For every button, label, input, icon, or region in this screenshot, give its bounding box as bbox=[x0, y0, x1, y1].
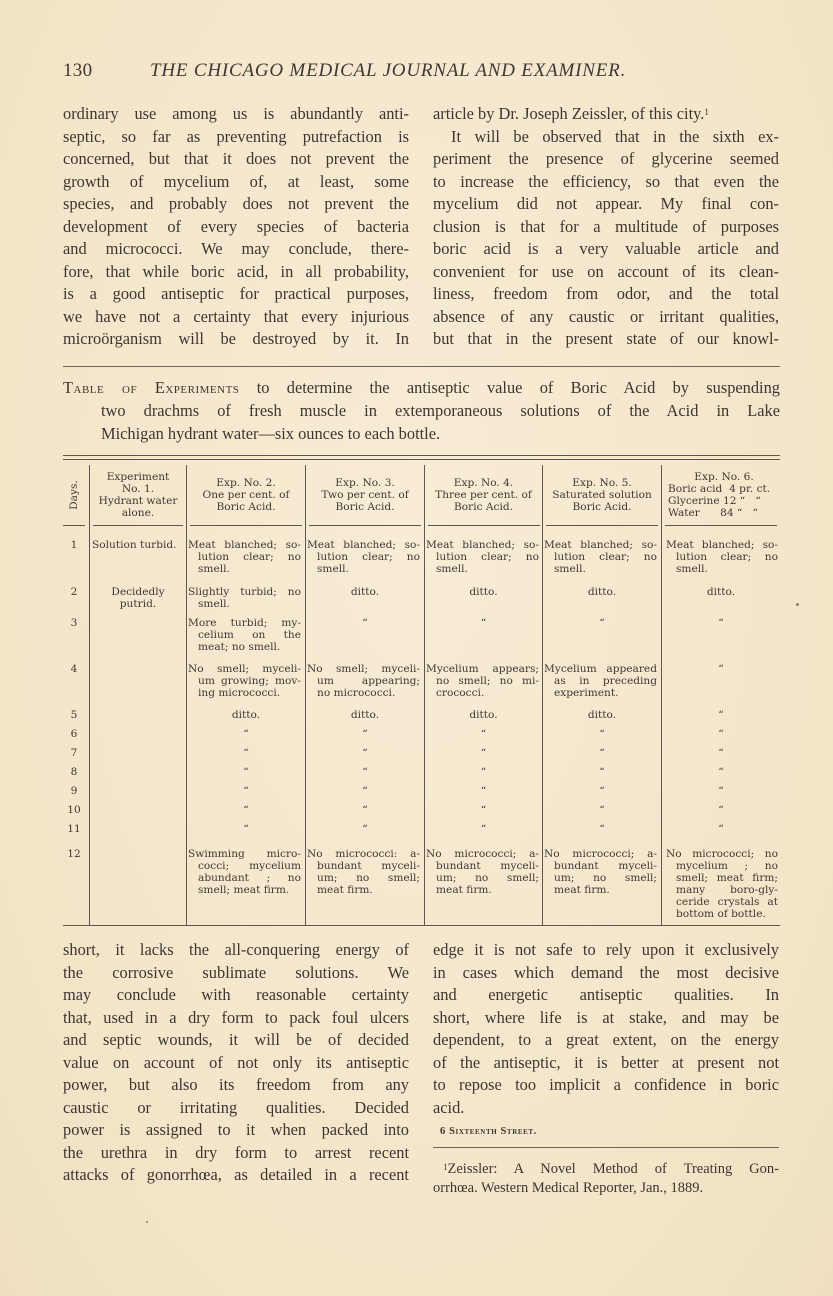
column-header-exp6: Exp. No. 6. Boric acid 4 pr. ct. Glyceri… bbox=[668, 471, 780, 519]
table-cell: Swimming micro- cocci; mycelium abundant… bbox=[188, 848, 301, 896]
table-cell: Solution turbid. bbox=[92, 539, 186, 551]
text-line: of the antiseptic, it is better at prese… bbox=[433, 1052, 779, 1075]
caption-lead: Table of Experiments bbox=[63, 378, 239, 397]
footnote-text: Zeissler: A Novel Method of Treating Gon… bbox=[448, 1161, 780, 1177]
header-line: Boric Acid. bbox=[306, 501, 424, 513]
cell-text: Mycelium appeared bbox=[544, 663, 657, 675]
table-cell: “ bbox=[662, 663, 780, 675]
cell-text: smell; meat firm; bbox=[666, 872, 778, 884]
ditto-mark: “ bbox=[425, 804, 542, 816]
header-line: Exp. No. 3. bbox=[306, 477, 424, 489]
table-cell: Decidedly putrid. bbox=[90, 586, 186, 610]
cell-text: No micrococci; a- bbox=[544, 848, 657, 860]
ditto-mark: “ bbox=[543, 747, 661, 759]
cell-text: um; no smell; bbox=[307, 872, 420, 884]
cell-text: Mycelium appears; bbox=[426, 663, 539, 675]
table-cell: “ bbox=[543, 617, 661, 629]
column-header-days: Days. bbox=[63, 477, 83, 511]
table-cell: More turbid; my- celium on the meat; no … bbox=[188, 617, 301, 653]
table-cell: Meat blanched; so- lution clear; no smel… bbox=[188, 539, 301, 575]
caption-line: two drachms of fresh muscle in extempora… bbox=[63, 399, 780, 422]
text-line: dependent, to a great extent, on the ene… bbox=[433, 1029, 779, 1052]
table-cell: Meat blanched; so- lution clear; no smel… bbox=[544, 539, 657, 575]
cell-text: meat firm. bbox=[307, 884, 420, 896]
experiments-table: Days. Experiment No. 1. Hydrant water al… bbox=[63, 455, 780, 925]
day-number: 5 bbox=[63, 709, 85, 721]
column-divider bbox=[424, 465, 425, 925]
cell-text: lution clear; no bbox=[544, 551, 657, 563]
ditto-mark: “ bbox=[662, 804, 780, 816]
text-line: development of every species of bacteria bbox=[63, 216, 409, 239]
cell-text: bundant myceli- bbox=[544, 860, 657, 872]
text-line-content: article by Dr. Joseph Zeissler, of this … bbox=[433, 104, 704, 123]
ditto-mark: “ bbox=[543, 804, 661, 816]
text-line: power is assigned to it when packed into bbox=[63, 1119, 409, 1142]
cell-text: smell. bbox=[426, 563, 539, 575]
cell-text: bundant myceli- bbox=[426, 860, 539, 872]
cell-text: No micrococci: a- bbox=[307, 848, 420, 860]
column-divider bbox=[186, 465, 187, 925]
ditto-mark: “ bbox=[425, 747, 542, 759]
cell-text: meat firm. bbox=[544, 884, 657, 896]
column-divider bbox=[542, 465, 543, 925]
header-rule bbox=[309, 525, 421, 526]
cell-text: Decidedly bbox=[90, 586, 186, 598]
cell-text: cocci; mycelium bbox=[188, 860, 301, 872]
cell-text: smell. bbox=[666, 563, 778, 575]
ditto-mark: “ bbox=[187, 747, 305, 759]
text-line: caustic or irritating qualities. Decided bbox=[63, 1097, 409, 1120]
text-line: but that in the present state of our kno… bbox=[433, 328, 779, 351]
text-line: and energetic antiseptic qualities. In bbox=[433, 984, 779, 1007]
cell-text: Meat blanched; so- bbox=[426, 539, 539, 551]
header-line: Water 84 “ “ bbox=[668, 507, 780, 519]
table-cell: No smell; myceli- um appearing; no micro… bbox=[307, 663, 420, 699]
footnote: 1Zeissler: A Novel Method of Treating Go… bbox=[433, 1160, 779, 1198]
text-line: edge it is not safe to rely upon it excl… bbox=[433, 939, 779, 962]
header-line: Boric Acid. bbox=[425, 501, 542, 513]
table-cell: Meat blanched; so- lution clear; no smel… bbox=[426, 539, 539, 575]
cell-text: no smell; no mi- bbox=[426, 675, 539, 687]
ditto-mark: “ bbox=[187, 728, 305, 740]
footnote-line: 1Zeissler: A Novel Method of Treating Go… bbox=[433, 1160, 779, 1179]
text-line: ordinary use among us is abundantly anti… bbox=[63, 103, 409, 126]
text-line: the urethra in dry form to arrest recent bbox=[63, 1142, 409, 1165]
column-divider bbox=[305, 465, 306, 925]
ditto-mark: “ bbox=[543, 728, 661, 740]
ditto-mark: “ bbox=[662, 747, 780, 759]
column-header-exp3: Exp. No. 3. Two per cent. of Boric Acid. bbox=[306, 477, 424, 513]
text-line: power, but also its freedom from any bbox=[63, 1074, 409, 1097]
cell-text: meat firm. bbox=[426, 884, 539, 896]
text-line: short, it lacks the all-conquering energ… bbox=[63, 939, 409, 962]
ditto-mark: “ bbox=[187, 785, 305, 797]
text-line: is a good antiseptic for practical purpo… bbox=[63, 283, 409, 306]
text-column-top-right: article by Dr. Joseph Zeissler, of this … bbox=[433, 103, 779, 351]
days-label: Days. bbox=[68, 478, 80, 512]
table-bottom-rule bbox=[63, 925, 780, 926]
cell-text: smell. bbox=[307, 563, 420, 575]
text-line: acid. bbox=[433, 1097, 779, 1120]
footnote-number: 1 bbox=[443, 1162, 448, 1172]
text-line: absence of any caustic or irritant quali… bbox=[433, 306, 779, 329]
cell-text: mycelium ; no bbox=[666, 860, 778, 872]
cell-text: Meat blanched; so- bbox=[666, 539, 778, 551]
table-cell: Meat blanched; so- lution clear; no smel… bbox=[307, 539, 420, 575]
cell-text: smell. bbox=[188, 598, 301, 610]
ditto-mark: “ bbox=[662, 766, 780, 778]
text-line: microörganism will be destroyed by it. I… bbox=[63, 328, 409, 351]
text-line: species, and probably does not prevent t… bbox=[63, 193, 409, 216]
day-number: 9 bbox=[63, 785, 85, 797]
cell-text: No micrococci; a- bbox=[426, 848, 539, 860]
day-number: 1 bbox=[63, 539, 85, 551]
caption-line: Table of Experiments to determine the an… bbox=[63, 376, 780, 399]
text-line: short, where life is at stake, and may b… bbox=[433, 1007, 779, 1030]
day-number: 12 bbox=[63, 848, 85, 860]
ditto-mark: “ bbox=[187, 804, 305, 816]
ditto-mark: “ bbox=[425, 766, 542, 778]
ditto-mark: “ bbox=[306, 766, 424, 778]
table-cell: “ bbox=[306, 617, 424, 629]
cell-text: smell. bbox=[544, 563, 657, 575]
cell-text: experiment. bbox=[544, 687, 657, 699]
cell-text: smell. bbox=[188, 563, 301, 575]
cell-text: More turbid; my- bbox=[188, 617, 301, 629]
text-column-bottom-right: edge it is not safe to rely upon it excl… bbox=[433, 939, 779, 1119]
cell-text: Meat blanched; so- bbox=[307, 539, 420, 551]
page-number: 130 bbox=[63, 60, 92, 82]
text-line: the corrosive sublimate solutions. We bbox=[63, 962, 409, 985]
header-line: Saturated solution bbox=[543, 489, 661, 501]
caption-text: to determine the antiseptic value of Bor… bbox=[239, 378, 780, 397]
text-line: that, used in a dry form to pack foul ul… bbox=[63, 1007, 409, 1030]
text-line: and septic wounds, it will be of decided bbox=[63, 1029, 409, 1052]
ditto-mark: “ bbox=[306, 747, 424, 759]
table-cell: No smell; myceli- um growing; mov- ing m… bbox=[188, 663, 301, 699]
column-divider bbox=[89, 465, 90, 925]
header-rule bbox=[428, 525, 540, 526]
text-line: convenient for use on account of its cle… bbox=[433, 261, 779, 284]
ditto-mark: “ bbox=[662, 785, 780, 797]
text-line: boric acid is a very valuable article an… bbox=[433, 238, 779, 261]
text-line: to increase the efficiency, so that even… bbox=[433, 171, 779, 194]
column-header-exp4: Exp. No. 4. Three per cent. of Boric Aci… bbox=[425, 477, 542, 513]
header-line: Three per cent. of bbox=[425, 489, 542, 501]
header-line: One per cent. of bbox=[187, 489, 305, 501]
cell-text: No smell; myceli- bbox=[188, 663, 301, 675]
cell-text: No micrococci; no bbox=[666, 848, 778, 860]
ditto-mark: “ bbox=[306, 785, 424, 797]
day-number: 6 bbox=[63, 728, 85, 740]
footnote-line: orrhœa. Western Medical Reporter, Jan., … bbox=[433, 1179, 779, 1198]
header-line: Experiment bbox=[90, 471, 186, 483]
day-number: 11 bbox=[63, 823, 85, 835]
header-rule bbox=[63, 525, 85, 526]
cell-text: no micrococci. bbox=[307, 687, 420, 699]
text-line: concerned, but that it does not prevent … bbox=[63, 148, 409, 171]
text-column-top-left: ordinary use among us is abundantly anti… bbox=[63, 103, 409, 351]
text-line: clusion is that for a multitude of purpo… bbox=[433, 216, 779, 239]
table-cell: ditto. bbox=[543, 709, 661, 721]
cell-text: abundant ; no bbox=[188, 872, 301, 884]
table-caption: Table of Experiments to determine the an… bbox=[63, 376, 780, 445]
cell-text: No smell; myceli- bbox=[307, 663, 420, 675]
table-cell: ditto. bbox=[187, 709, 305, 721]
table-cell: “ bbox=[662, 709, 780, 721]
table-cell: “ bbox=[662, 617, 780, 629]
ditto-mark: “ bbox=[543, 823, 661, 835]
cell-text: crococci. bbox=[426, 687, 539, 699]
ditto-mark: “ bbox=[306, 728, 424, 740]
text-line: to repose too implicit a confidence in b… bbox=[433, 1074, 779, 1097]
cell-text: um; no smell; bbox=[426, 872, 539, 884]
day-number: 10 bbox=[63, 804, 85, 816]
cell-text: Swimming micro- bbox=[188, 848, 301, 860]
ditto-mark: “ bbox=[662, 728, 780, 740]
text-line: attacks of gonorrhœa, as detailed in a r… bbox=[63, 1164, 409, 1187]
paper-speck bbox=[796, 603, 799, 606]
column-header-exp1: Experiment No. 1. Hydrant water alone. bbox=[90, 471, 186, 519]
table-cell: No micrococci; a- bundant myceli- um; no… bbox=[544, 848, 657, 896]
header-line: No. 1. bbox=[90, 483, 186, 495]
header-line: Two per cent. of bbox=[306, 489, 424, 501]
cell-text: lution clear; no bbox=[426, 551, 539, 563]
cell-text: putrid. bbox=[90, 598, 186, 610]
cell-text: Solution turbid. bbox=[92, 539, 177, 551]
table-cell: Meat blanched; so- lution clear; no smel… bbox=[666, 539, 778, 575]
table-cell: ditto. bbox=[306, 709, 424, 721]
header-rule bbox=[546, 525, 658, 526]
table-cell: ditto. bbox=[425, 709, 542, 721]
caption-line: Michigan hydrant water—six ounces to eac… bbox=[63, 422, 780, 445]
text-line: It will be observed that in the sixth ex… bbox=[433, 126, 779, 149]
cell-text: bottom of bottle. bbox=[666, 908, 778, 920]
header-line: Exp. No. 5. bbox=[543, 477, 661, 489]
cell-text: um growing; mov- bbox=[188, 675, 301, 687]
cell-text: Meat blanched; so- bbox=[188, 539, 301, 551]
text-line: we have not a certainty that every injur… bbox=[63, 306, 409, 329]
cell-text: um appearing; bbox=[307, 675, 420, 687]
ditto-mark: “ bbox=[425, 728, 542, 740]
cell-text: lution clear; no bbox=[188, 551, 301, 563]
header-rule bbox=[93, 525, 183, 526]
text-line: mycelium did not appear. My final con- bbox=[433, 193, 779, 216]
day-number: 3 bbox=[63, 617, 85, 629]
text-line: article by Dr. Joseph Zeissler, of this … bbox=[433, 103, 779, 126]
table-top-rule bbox=[63, 459, 780, 460]
table-cell: ditto. bbox=[306, 586, 424, 598]
table-cell: ditto. bbox=[662, 586, 780, 598]
text-line: may conclude with reasonable certainty bbox=[63, 984, 409, 1007]
cell-text: celium on the bbox=[188, 629, 301, 641]
ditto-mark: “ bbox=[306, 804, 424, 816]
text-line: growth of mycelium of, at least, some bbox=[63, 171, 409, 194]
table-cell: Mycelium appeared as in preceding experi… bbox=[544, 663, 657, 699]
table-top-rule bbox=[63, 455, 780, 456]
header-line: Exp. No. 2. bbox=[187, 477, 305, 489]
cell-text: Slightly turbid; no bbox=[188, 586, 301, 598]
ditto-mark: “ bbox=[425, 823, 542, 835]
paper-speck bbox=[146, 1221, 148, 1223]
header-rule bbox=[665, 525, 777, 526]
column-divider bbox=[661, 465, 662, 925]
day-number: 2 bbox=[63, 586, 85, 598]
ditto-mark: “ bbox=[187, 823, 305, 835]
cell-text: smell; meat firm. bbox=[188, 884, 301, 896]
text-line: value on account of not only its antisep… bbox=[63, 1052, 409, 1075]
table-cell: ditto. bbox=[543, 586, 661, 598]
ditto-mark: “ bbox=[662, 823, 780, 835]
text-line: liness, freedom from odor, and the total bbox=[433, 283, 779, 306]
cell-text: as in preceding bbox=[544, 675, 657, 687]
header-line: alone. bbox=[90, 507, 186, 519]
table-cell: No micrococci; a- bundant myceli- um; no… bbox=[426, 848, 539, 896]
header-line: Glycerine 12 “ “ bbox=[668, 495, 780, 507]
journal-page: 130 THE CHICAGO MEDICAL JOURNAL AND EXAM… bbox=[0, 0, 833, 1296]
header-line: Hydrant water bbox=[90, 495, 186, 507]
text-line: and micrococci. We may conclude, there- bbox=[63, 238, 409, 261]
cell-text: lution clear; no bbox=[666, 551, 778, 563]
footnote-marker[interactable]: 1 bbox=[704, 107, 709, 117]
journal-title: THE CHICAGO MEDICAL JOURNAL AND EXAMINER… bbox=[150, 60, 626, 82]
text-line: fore, that while boric acid, in all prob… bbox=[63, 261, 409, 284]
cell-text: ceride crystals at bbox=[666, 896, 778, 908]
text-line: periment the presence of glycerine seeme… bbox=[433, 148, 779, 171]
ditto-mark: “ bbox=[543, 785, 661, 797]
ditto-mark: “ bbox=[543, 766, 661, 778]
column-header-exp2: Exp. No. 2. One per cent. of Boric Acid. bbox=[187, 477, 305, 513]
table-cell: ditto. bbox=[425, 586, 542, 598]
table-cell: “ bbox=[425, 617, 542, 629]
header-line: Exp. No. 4. bbox=[425, 477, 542, 489]
day-number: 4 bbox=[63, 663, 85, 675]
header-line: Boric Acid. bbox=[187, 501, 305, 513]
table-cell: Slightly turbid; no smell. bbox=[188, 586, 301, 610]
table-cell: Mycelium appears; no smell; no mi- croco… bbox=[426, 663, 539, 699]
cell-text: lution clear; no bbox=[307, 551, 420, 563]
ditto-mark: “ bbox=[187, 766, 305, 778]
section-divider bbox=[63, 366, 780, 367]
cell-text: um; no smell; bbox=[544, 872, 657, 884]
footnote-divider bbox=[433, 1147, 779, 1148]
author-address: 6 Sixteenth Street. bbox=[440, 1126, 537, 1137]
day-number: 7 bbox=[63, 747, 85, 759]
header-rule bbox=[190, 525, 302, 526]
ditto-mark: “ bbox=[306, 823, 424, 835]
table-cell: No micrococci; no mycelium ; no smell; m… bbox=[666, 848, 778, 920]
header-line: Boric Acid. bbox=[543, 501, 661, 513]
cell-text: meat; no smell. bbox=[188, 641, 301, 653]
cell-text: ing micrococci. bbox=[188, 687, 301, 699]
header-line: Exp. No. 6. bbox=[668, 471, 780, 483]
text-column-bottom-left: short, it lacks the all-conquering energ… bbox=[63, 939, 409, 1187]
ditto-mark: “ bbox=[425, 785, 542, 797]
cell-text: Meat blanched; so- bbox=[544, 539, 657, 551]
cell-text: bundant myceli- bbox=[307, 860, 420, 872]
running-head: 130 THE CHICAGO MEDICAL JOURNAL AND EXAM… bbox=[63, 60, 783, 84]
table-cell: No micrococci: a- bundant myceli- um; no… bbox=[307, 848, 420, 896]
cell-text: many boro-gly- bbox=[666, 884, 778, 896]
column-header-exp5: Exp. No. 5. Saturated solution Boric Aci… bbox=[543, 477, 661, 513]
text-line: septic, so far as preventing putrefactio… bbox=[63, 126, 409, 149]
day-number: 8 bbox=[63, 766, 85, 778]
text-line: in cases which demand the most decisive bbox=[433, 962, 779, 985]
header-line: Boric acid 4 pr. ct. bbox=[668, 483, 780, 495]
